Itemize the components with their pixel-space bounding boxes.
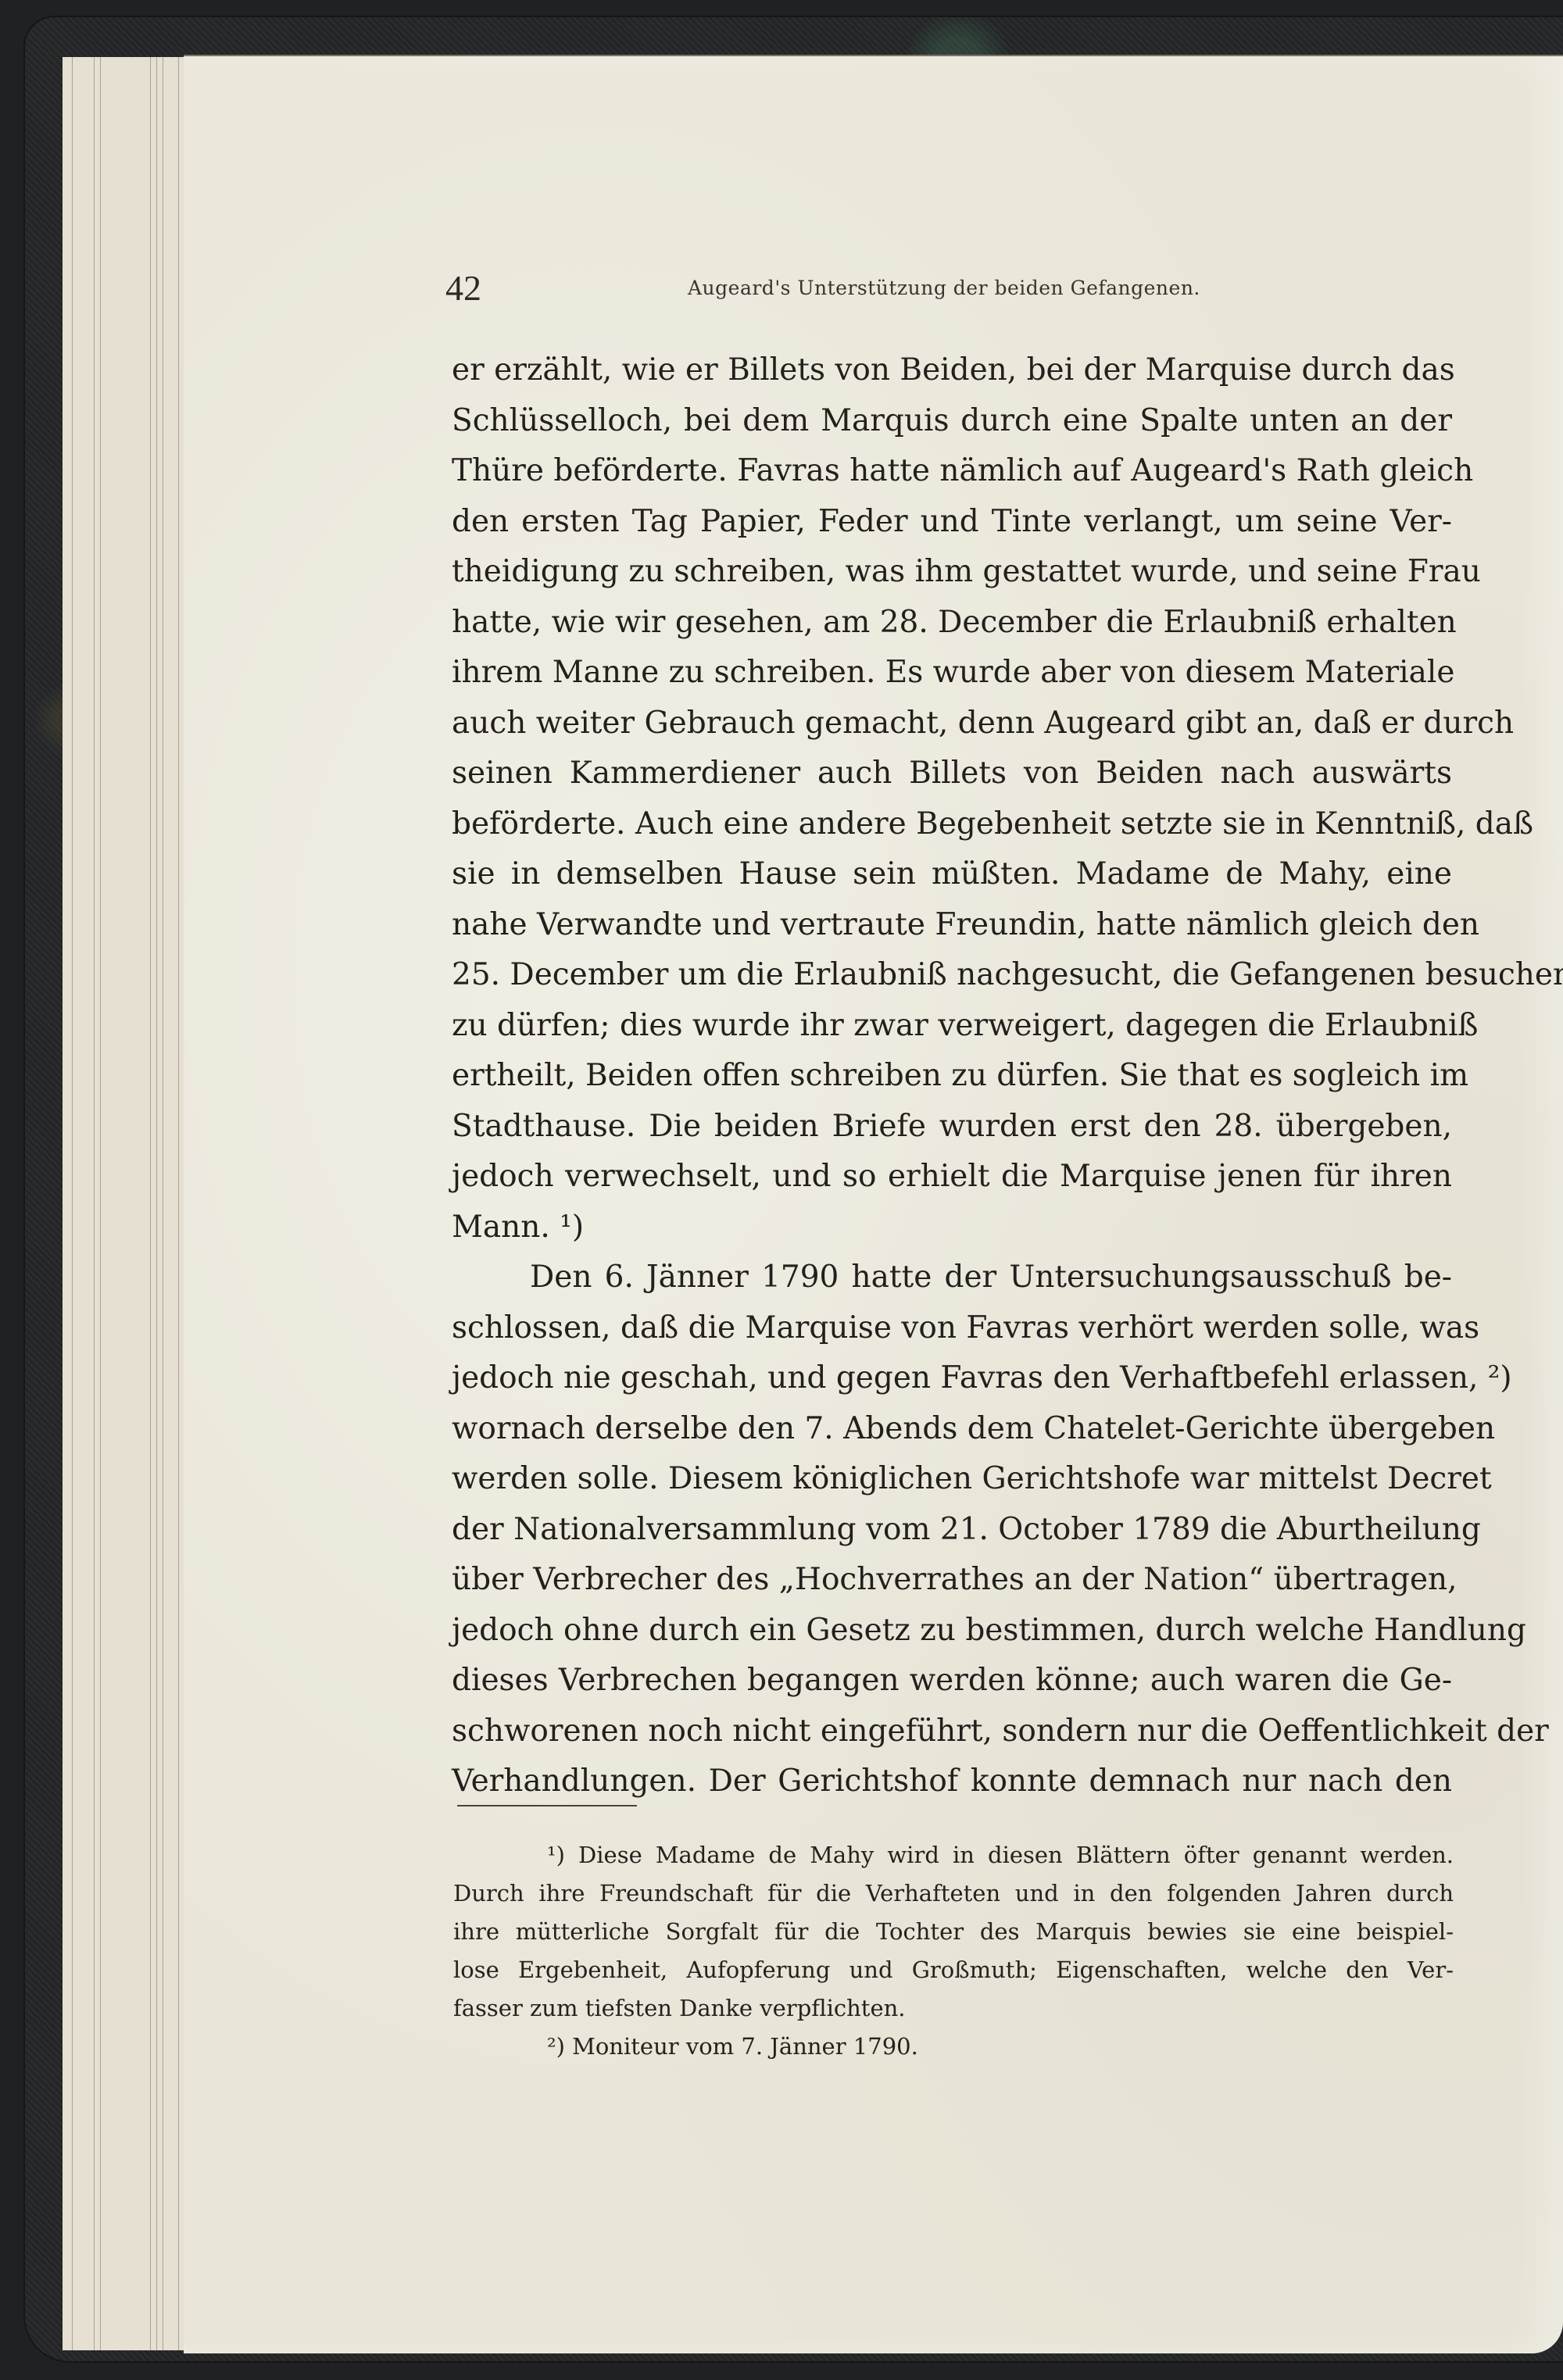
footnote-line: lose Ergebenheit, Aufopferung und Großmu… <box>453 1951 1454 1989</box>
running-head: Augeard's Unterstützung der beiden Gefan… <box>688 277 1200 299</box>
text-line: dieses Verbrechen begangen werden könne;… <box>452 1656 1452 1706</box>
text-line: ihrem Manne zu schreiben. Es wurde aber … <box>452 648 1452 699</box>
body-text: er erzählt, wie er Billets von Beiden, b… <box>452 345 1452 1807</box>
text-line: werden solle. Diesem königlichen Gericht… <box>452 1454 1452 1505</box>
footnote-line: ¹) Diese Madame de Mahy wird in diesen B… <box>453 1836 1454 1874</box>
text-line: nahe Verwandte und vertraute Freundin, h… <box>452 900 1452 951</box>
page-header: 42 Augeard's Unterstützung der beiden Ge… <box>258 267 1461 314</box>
footnote-line: ²) Moniteur vom 7. Jänner 1790. <box>453 2028 1454 2066</box>
page-number: 42 <box>445 267 481 309</box>
text-line: jedoch nie geschah, und gegen Favras den… <box>452 1353 1452 1404</box>
text-line: seinen Kammerdiener auch Billets von Bei… <box>452 749 1452 799</box>
text-line: auch weiter Gebrauch gemacht, denn Augea… <box>452 699 1452 749</box>
text-line: Verhandlungen. Der Gerichtshof konnte de… <box>452 1756 1452 1807</box>
text-line: der Nationalversammlung vom 21. October … <box>452 1505 1452 1556</box>
text-line: Thüre beförderte. Favras hatte nämlich a… <box>452 446 1452 497</box>
text-line: über Verbrecher des „Hochverrathes an de… <box>452 1555 1452 1606</box>
text-line: jedoch verwechselt, und so erhielt die M… <box>452 1152 1452 1203</box>
footnote-line: Durch ihre Freundschaft für die Verhafte… <box>453 1874 1454 1913</box>
text-line: jedoch ohne durch ein Gesetz zu bestimme… <box>452 1606 1452 1656</box>
text-line: theidigung zu schreiben, was ihm gestatt… <box>452 547 1452 598</box>
text-line: ertheilt, Beiden offen schreiben zu dürf… <box>452 1051 1452 1102</box>
text-line: sie in demselben Hause sein müßten. Mada… <box>452 849 1452 900</box>
page-edge-line <box>150 57 151 2350</box>
text-line: wornach derselbe den 7. Abends dem Chate… <box>452 1404 1452 1455</box>
page-edge-line <box>94 57 95 2350</box>
text-line: Schlüsselloch, bei dem Marquis durch ein… <box>452 396 1452 447</box>
text-line: beförderte. Auch eine andere Begebenheit… <box>452 799 1452 850</box>
text-line: schlossen, daß die Marquise von Favras v… <box>452 1303 1452 1354</box>
footnote-line: ihre mütterliche Sorgfalt für die Tochte… <box>453 1913 1454 1951</box>
page-edge-line <box>163 57 163 2350</box>
text-line: Mann. ¹) <box>452 1203 1452 1253</box>
text-line: Den 6. Jänner 1790 hatte der Untersuchun… <box>452 1253 1452 1303</box>
text-line: den ersten Tag Papier, Feder und Tinte v… <box>452 497 1452 548</box>
text-line: hatte, wie wir gesehen, am 28. December … <box>452 598 1452 649</box>
text-line: schworenen noch nicht eingeführt, sonder… <box>452 1706 1452 1757</box>
footnotes: ¹) Diese Madame de Mahy wird in diesen B… <box>453 1836 1454 2066</box>
text-line: er erzählt, wie er Billets von Beiden, b… <box>452 345 1452 396</box>
page-edge-line <box>178 57 179 2350</box>
page-edge-line <box>100 57 101 2350</box>
text-line: Stadthause. Die beiden Briefe wurden ers… <box>452 1102 1452 1152</box>
page-edge-line <box>72 57 73 2350</box>
text-line: zu dürfen; dies wurde ihr zwar verweiger… <box>452 1001 1452 1052</box>
page-edge-line <box>156 57 157 2350</box>
page-edges <box>63 57 188 2350</box>
text-line: 25. December um die Erlaubniß nachgesuch… <box>452 950 1452 1001</box>
footnote-divider <box>457 1805 637 1806</box>
book-scan: 42 Augeard's Unterstützung der beiden Ge… <box>0 0 1563 2380</box>
footnote-line: fasser zum tiefsten Danke verpflichten. <box>453 1989 1454 2028</box>
